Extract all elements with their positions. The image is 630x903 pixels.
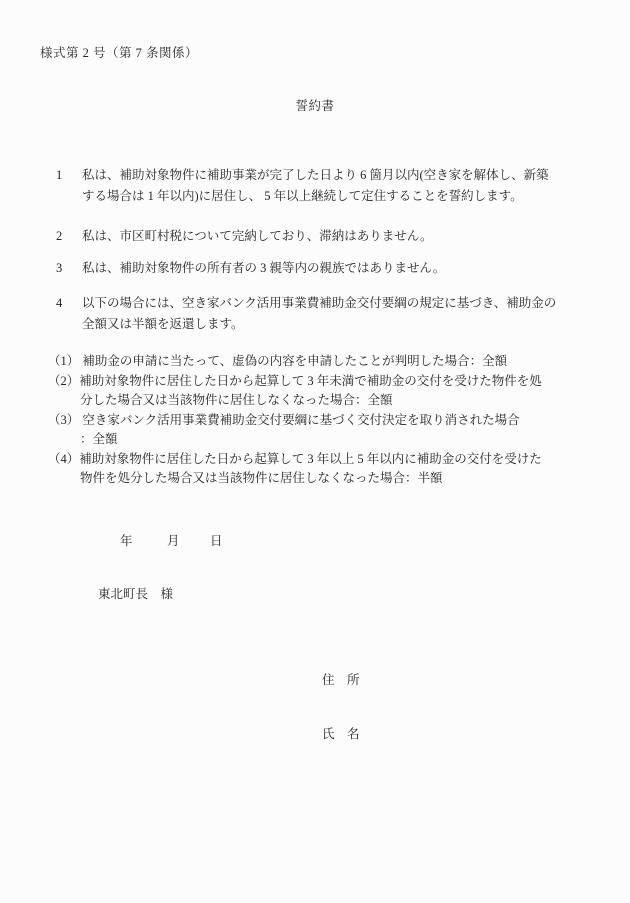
clause-4-line-1: 4以下の場合には、空き家バンク活用事業費補助金交付要綱の規定に基づき、補助金の [56, 293, 600, 314]
name-label: 氏 名 [322, 724, 360, 745]
day-label: 日 [210, 531, 223, 552]
clause-1-line-2: する場合は 1 年以内)に居住し、 5 年以上継続して定住することを誓約します。 [82, 186, 600, 207]
condition-4-line-1: （4）補助対象物件に居住した日から起算して 3 年以上 5 年以内に補助金の交付… [48, 450, 605, 470]
clause-2-text: 私は、市区町村税について完納しており、滞納はありません。 [82, 229, 433, 243]
condition-1-line-1: （1） 補助金の申請に当たって、虚偽の内容を申請したことが判明した場合：全額 [48, 352, 605, 372]
condition-3-text: 空き家バンク活用事業費補助金交付要綱に基づく交付決定を取り消された場合 [79, 413, 519, 427]
clause-1-number: 1 [56, 165, 82, 186]
year-label: 年 [120, 531, 133, 552]
clause-4: 4以下の場合には、空き家バンク活用事業費補助金交付要綱の規定に基づき、補助金の … [56, 293, 600, 335]
return-conditions-list: （1） 補助金の申請に当たって、虚偽の内容を申請したことが判明した場合：全額 （… [48, 352, 605, 489]
month-label: 月 [167, 531, 180, 552]
clause-3: 3私は、補助対象物件の所有者の 3 親等内の親族ではありません。 [56, 258, 600, 279]
clause-1: 1私は、補助対象物件に補助事業が完了した日より 6 箇月以内(空き家を解体し、新… [56, 165, 600, 207]
condition-2-line-1: （2）補助対象物件に居住した日から起算して 3 年未満で補助金の交付を受けた物件… [48, 372, 605, 392]
clause-3-number: 3 [56, 258, 82, 279]
clause-3-line-1: 3私は、補助対象物件の所有者の 3 親等内の親族ではありません。 [56, 258, 600, 279]
clause-4-text: 以下の場合には、空き家バンク活用事業費補助金交付要綱の規定に基づき、補助金の [82, 296, 556, 310]
condition-4-line-2: 物件を処分した場合又は当該物件に居住しなくなった場合：半額 [80, 469, 605, 489]
condition-2-marker: （2） [48, 374, 79, 388]
condition-4-text: 補助対象物件に居住した日から起算して 3 年以上 5 年以内に補助金の交付を受け… [79, 452, 542, 466]
condition-3-marker: （3） [48, 413, 79, 427]
pledge-document-page: 様式第 2 号（第 7 条関係） 誓約書 1私は、補助対象物件に補助事業が完了し… [0, 0, 630, 903]
address-label: 住 所 [322, 670, 360, 691]
clause-2: 2私は、市区町村税について完納しており、滞納はありません。 [56, 226, 600, 247]
clause-1-text: 私は、補助対象物件に補助事業が完了した日より 6 箇月以内(空き家を解体し、新築 [82, 168, 549, 182]
clause-3-text: 私は、補助対象物件の所有者の 3 親等内の親族ではありません。 [82, 261, 445, 275]
date-line: 年 月 日 [120, 531, 360, 552]
form-number-label: 様式第 2 号（第 7 条関係） [40, 45, 198, 62]
condition-2-text: 補助対象物件に居住した日から起算して 3 年未満で補助金の交付を受けた物件を処 [79, 374, 542, 388]
clause-4-number: 4 [56, 293, 82, 314]
condition-4-marker: （4） [48, 452, 79, 466]
addressee-line: 東北町長 様 [98, 584, 173, 605]
condition-1-text: 補助金の申請に当たって、虚偽の内容を申請したことが判明した場合：全額 [79, 354, 507, 368]
clause-1-line-1: 1私は、補助対象物件に補助事業が完了した日より 6 箇月以内(空き家を解体し、新… [56, 165, 600, 186]
condition-3-line-1: （3） 空き家バンク活用事業費補助金交付要綱に基づく交付決定を取り消された場合 [48, 411, 605, 431]
clause-2-line-1: 2私は、市区町村税について完納しており、滞納はありません。 [56, 226, 600, 247]
condition-2-line-2: 分した場合又は当該物件に居住しなくなった場合：全額 [80, 391, 605, 411]
clause-4-line-2: 全額又は半額を返還します。 [82, 314, 600, 335]
document-title: 誓約書 [0, 98, 630, 115]
condition-3-line-2: ：全額 [80, 430, 605, 450]
condition-1-marker: （1） [48, 354, 79, 368]
clause-2-number: 2 [56, 226, 82, 247]
